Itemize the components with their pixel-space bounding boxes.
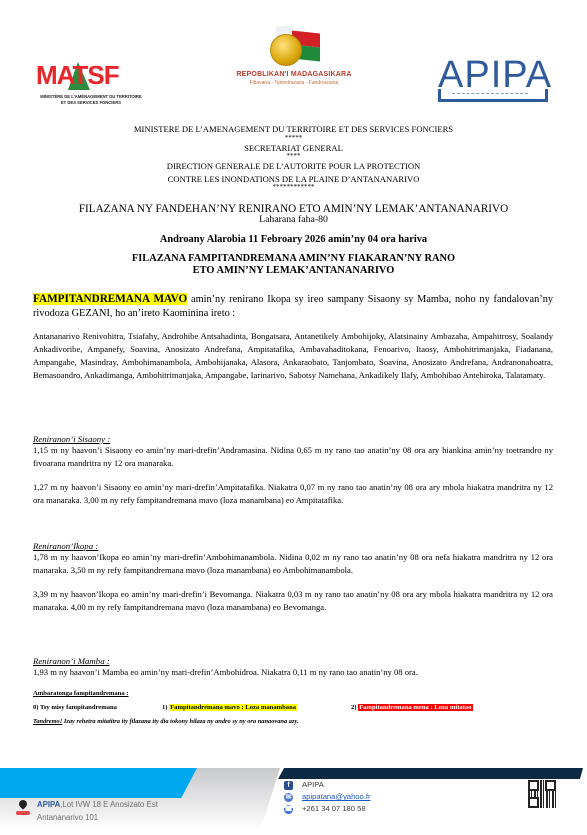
section-ikopa: Reniranon’Ikopa : 1,78 m ny haavon’Ikopa… [33,541,553,613]
basin-icon [438,89,548,102]
apipa-logo: APIPA [438,55,548,105]
separator: ************ [0,184,587,190]
mail-icon: ✉ [284,793,293,802]
institution-header: MINISTERE DE L’AMENAGEMENT DU TERRITOIRE… [0,124,587,190]
section-heading: Reniranon’i Sisaony : [33,434,553,444]
warning-note: Tandremo! Izay rehetra mitatitra ity fil… [33,718,299,725]
ministry-name: MINISTERE DE L’AMENAGEMENT DU TERRITOIRE… [0,124,587,135]
warning-heading: Tandremo! [33,718,62,725]
date-line: Androany Alarobia 11 Febroary 2026 amin’… [0,234,587,245]
seal-icon [270,34,302,66]
water-icon [452,93,528,94]
section-paragraph: 1,93 m ny haavon’i Mamba eo amin’ny mari… [33,666,553,679]
footer-contacts: f APIPA ✉ apipatana@yahoo.fr ☎ +261 34 0… [282,779,371,816]
facebook-contact[interactable]: f APIPA [282,779,371,791]
section-sisaony: Reniranon’i Sisaony : 1,15 m ny haavon’i… [33,434,553,506]
footer-brand: APIPA [37,800,60,809]
matsf-wordmark: MATSF [36,60,119,90]
section-paragraph: 1,27 m ny haavon’i Sisaony eo amin’ny ma… [33,481,553,506]
section-paragraph: 1,15 m ny haavon’i Sisaony eo amin’ny ma… [33,444,553,469]
bulletin-title: FILAZANA FAMPITANDREMANA AMIN’NY FIAKARA… [0,253,587,277]
warning-text: Izay rehetra mitatitra ity filazana ity … [62,718,298,725]
matsf-subtitle: MINISTÈRE DE L'AMÉNAGEMENT DU TERRITOIRE… [36,94,146,106]
email-contact[interactable]: ✉ apipatana@yahoo.fr [282,791,371,803]
republic-emblem: REPOBLIKAN'I MADAGASIKARA Fitiavana - Ta… [236,18,352,90]
legend-title: Ambaratonga fampitandremana : [33,690,129,697]
qr-code-icon [528,780,556,808]
section-mamba: Reniranon’i Mamba : 1,93 m ny haavon’i M… [33,656,553,679]
section-heading: Reniranon’i Mamba : [33,656,553,666]
location-pin-icon [18,800,28,816]
alert-level-badge: FAMPITANDREMANA MAVO [33,293,187,305]
republic-motto: Fitiavana - Tanindrazana - Fandrosoana [236,80,352,86]
republic-name: REPOBLIKAN'I MADAGASIKARA [236,71,352,78]
direction-line-1: DIRECTION GENERALE DE L’AUTORITE POUR LA… [0,161,587,172]
legend-level-2: 2) Fampitandremana mena : Loza mitatao [351,704,473,711]
facebook-icon: f [284,781,293,790]
section-paragraph: 3,39 m ny haavon’Ikopa eo amin’ny mari-d… [33,588,553,613]
footer: APIPA,Lot IVW 18 E Anosizato Est Antanan… [0,760,587,835]
communes-list: Antananarivo Renivohitra, Tsiafahy, Andr… [33,330,553,382]
bulletin-number: Laharana faha-80 [0,214,587,225]
legend-level-1: 1) Fampitandremana mavo : Loza manambana [162,704,297,711]
legend-level-0: 0) Tsy misy fampitandremana [33,704,117,711]
phone-contact: ☎ +261 34 07 180 58 [282,803,371,815]
matsf-logo: MATSF MINISTÈRE DE L'AMÉNAGEMENT DU TERR… [36,60,146,115]
header-logos: MATSF MINISTÈRE DE L'AMÉNAGEMENT DU TERR… [0,0,587,118]
section-paragraph: 1,78 m ny haavon’Ikopa eo amin’ny mari-d… [33,551,553,576]
phone-icon: ☎ [284,805,293,814]
section-heading: Reniranon’Ikopa : [33,541,553,551]
footer-address: APIPA,Lot IVW 18 E Anosizato Est Antanan… [37,798,158,824]
intro-paragraph: FAMPITANDREMANA MAVO amin’ny renirano Ik… [33,292,553,321]
email-link[interactable]: apipatana@yahoo.fr [302,792,371,801]
